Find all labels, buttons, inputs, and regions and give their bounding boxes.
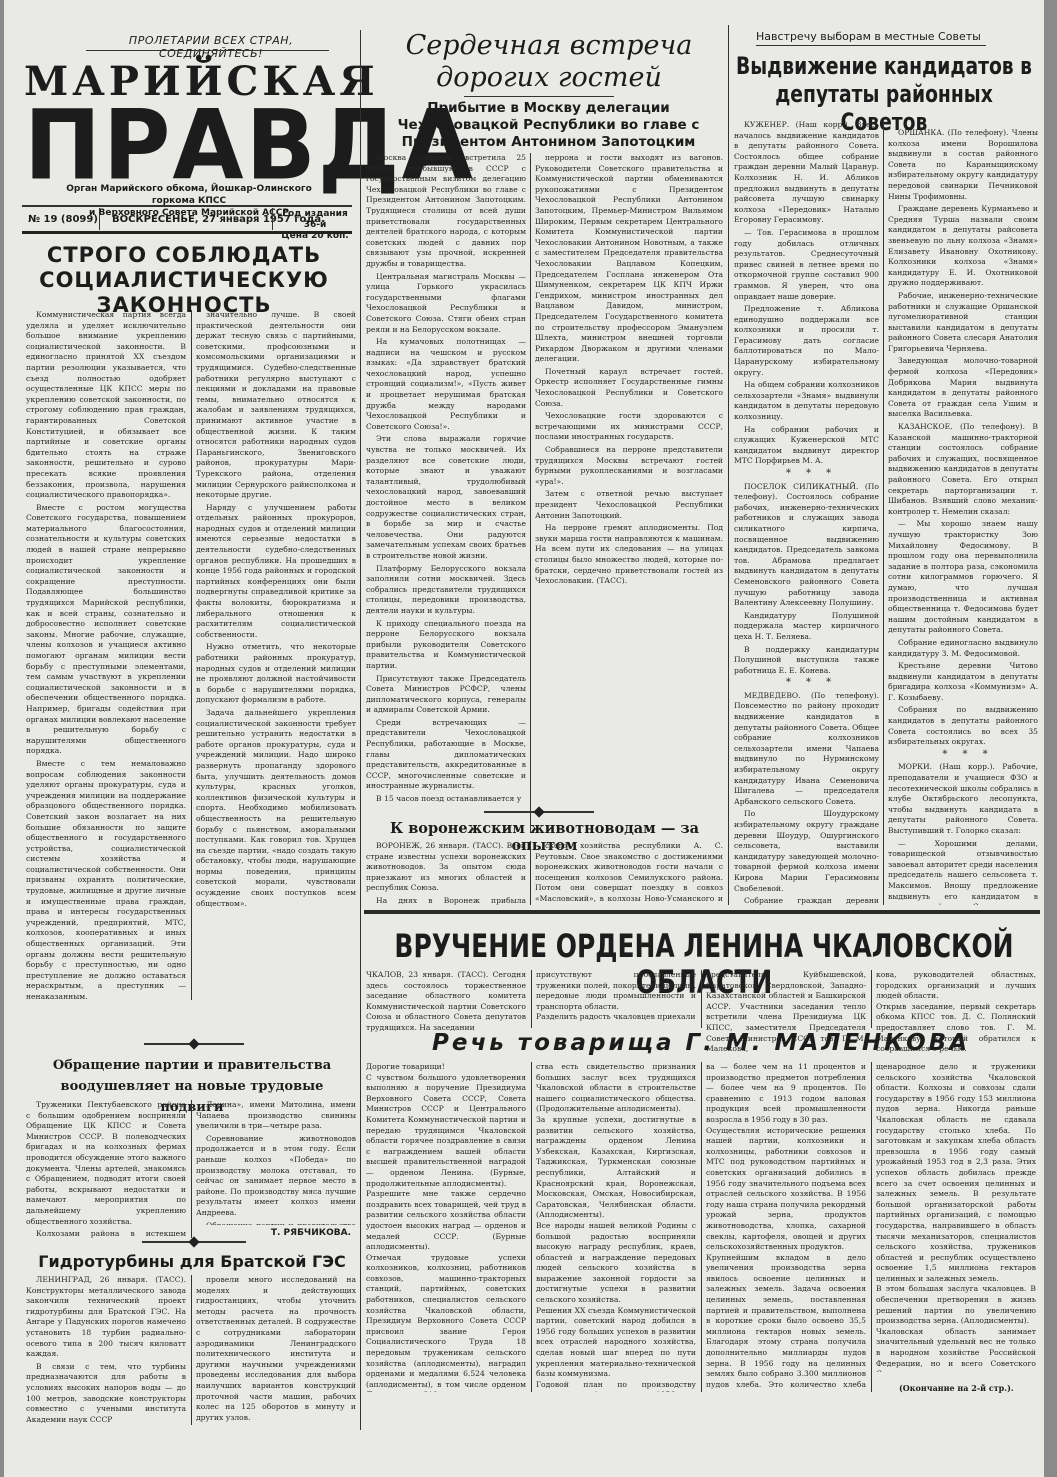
- paragraph: Москва сердечно встретила 25 января приб…: [366, 153, 526, 270]
- paragraph: Наряду с улучшением работы отдельных рай…: [196, 503, 356, 641]
- issue-number: № 19 (8099): [28, 214, 98, 225]
- paragraph: Центральная магистраль Москвы — улица Го…: [366, 272, 526, 336]
- paragraph: На собрании рабочих и служащих Куженерск…: [734, 425, 879, 467]
- editorial-column-1: Коммунистическая партия всегда уделяла и…: [26, 310, 186, 1000]
- paragraph: В 15 часов поезд останавливается у: [366, 794, 526, 805]
- paragraph: Вместе с ростом могущества Советского го…: [26, 503, 186, 757]
- order-columns: ЧКАЛОВ, 23 января. (ТАСС). Сегодня здесь…: [366, 970, 1036, 1030]
- column-divider: [531, 1062, 532, 1392]
- appeal-column-1: Труженики Пектубаевского района с больши…: [26, 1100, 186, 1238]
- section-divider: [360, 30, 361, 1430]
- section-dots: * * *: [888, 750, 1038, 761]
- paragraph: По Шоудурскому избирательному округу гра…: [734, 809, 879, 894]
- paragraph: Затем с ответной речью выступает президе…: [535, 489, 723, 521]
- section-divider: [728, 25, 729, 905]
- title-underline: [464, 96, 614, 97]
- paragraph: Ленина», имени Митолина, имени Чапаева п…: [196, 1100, 356, 1132]
- paragraph: провели много исследований на моделях и …: [196, 1275, 356, 1423]
- paragraph: Эти слова выражали горячие чувства не то…: [366, 434, 526, 561]
- paragraph: В связи с тем, что турбины предназначают…: [26, 1362, 186, 1425]
- section-dots: * * *: [734, 469, 879, 480]
- info-divider: [99, 208, 100, 230]
- delegation-subtitle: Прибытие в Москву делегации Чехословацко…: [376, 100, 721, 151]
- column-divider: [191, 1275, 192, 1425]
- paragraph: Платформу Белорусского вокзала заполнили…: [366, 564, 526, 617]
- order-column-1: ЧКАЛОВ, 23 января. (ТАСС). Сегодня здесь…: [366, 970, 526, 1034]
- paragraph: Коммунистическая партия всегда уделяла и…: [26, 310, 186, 501]
- elections-column-1: КУЖЕНЕР. (Наш корр.). Здесь началось выд…: [734, 120, 879, 905]
- masthead-slogan: ПРОЛЕТАРИИ ВСЕХ СТРАН, СОЕДИНЯЙТЕСЬ!: [86, 34, 336, 60]
- voronezh-column-1: ВОРОНЕЖ, 26 января. (ТАСС). Всей стране …: [366, 841, 526, 905]
- slogan-underline: [86, 50, 329, 51]
- column-divider: [530, 153, 531, 833]
- paragraph: Задача дальнейшего укрепления социалисти…: [196, 708, 356, 909]
- paragraph: На кумачовых полотнищах — надписи на чеш…: [366, 337, 526, 432]
- publication-year: Год издания 36-й: [279, 209, 351, 231]
- ornament-divider: [142, 1241, 246, 1243]
- speech-column-1: Дорогие товарищи! С чувством большого уд…: [366, 1062, 526, 1392]
- paragraph: Собрание граждан деревни Малые Лильтылы …: [734, 896, 879, 905]
- speech-column-2: ства есть свидетельство признания больши…: [536, 1062, 696, 1392]
- paragraph: Собрания по выдвижению кандидатов в депу…: [888, 705, 1038, 747]
- column-divider: [883, 120, 884, 905]
- paragraph: Граждане деревень Курманьево и Средняя Т…: [888, 204, 1038, 289]
- masthead-rule-bottom: [22, 231, 352, 234]
- appeal-signature: Т. РЯБЧИКОВА.: [196, 1228, 351, 1238]
- paragraph: значительно лучше. В своей практической …: [196, 310, 356, 501]
- paragraph: Труженики Пектубаевского района с больши…: [26, 1100, 186, 1227]
- column-divider: [871, 970, 872, 1028]
- speech-column-3: ва — более чем на 11 процентов и произво…: [706, 1062, 866, 1392]
- organ-line1: Орган Марийского обкома, Йошкар-Олинског…: [44, 183, 334, 207]
- paragraph: Кандидатуру Полушиной поддержала мастер …: [734, 611, 879, 643]
- voronezh-column-2: ского хозяйства республики А. С. Реутовы…: [535, 841, 723, 905]
- section-dots: * * *: [734, 678, 879, 689]
- masthead-title-line2: ПРАВДА: [24, 98, 344, 195]
- issue-year-price: Год издания 36-й Цена 20 коп.: [279, 209, 351, 242]
- delegation-column-2: перрона и гости выходят из вагонов. Руко…: [535, 153, 723, 833]
- paragraph: Предложение т. Абликова единодушно подде…: [734, 304, 879, 378]
- paragraph: ОРШАНКА. (По телефону). Члены колхоза им…: [888, 128, 1038, 202]
- section-rule: [364, 910, 1040, 914]
- paragraph: К приходу специального поезда на перроне…: [366, 619, 526, 672]
- column-divider: [701, 970, 702, 1028]
- turbines-column-1: ЛЕНИНГРАД, 26 января. (ТАСС). Конструкто…: [26, 1275, 186, 1425]
- column-divider: [530, 841, 531, 905]
- newspaper-page: ПРОЛЕТАРИИ ВСЕХ СТРАН, СОЕДИНЯЙТЕСЬ! МАР…: [4, 0, 1044, 1477]
- paragraph: Почетный караул встречает гостей. Оркест…: [535, 367, 723, 409]
- editorial-title: СТРОГО СОБЛЮДАТЬ СОЦИАЛИСТИЧЕСКУЮ ЗАКОНН…: [34, 243, 334, 318]
- ornament-divider: [484, 811, 594, 813]
- paragraph: Вместе с тем немаловажно вопросам соблюд…: [26, 759, 186, 1000]
- speech-columns: Дорогие товарищи! С чувством большого уд…: [366, 1062, 1036, 1392]
- turbines-column-2: провели много исследований на моделях и …: [196, 1275, 356, 1425]
- paragraph: Среди встречающих — представители Чехосл…: [366, 718, 526, 792]
- paragraph: МОРКИ. (Наш корр.). Рабочие, преподавате…: [888, 762, 1038, 836]
- paragraph: ВОРОНЕЖ, 26 января. (ТАСС). Всей стране …: [366, 841, 526, 894]
- speech-column-4: щенародное дело и труженики сельского хо…: [876, 1062, 1036, 1372]
- appeal-column-2: Ленина», имени Митолина, имени Чапаева п…: [196, 1100, 356, 1225]
- paragraph: Соревнование животноводов продолжается и…: [196, 1134, 356, 1219]
- column-divider: [531, 970, 532, 1028]
- order-column-2: присутствуют прославленные труженики пол…: [536, 970, 696, 1023]
- paragraph: Колхозами района в истекшем хозяйственно…: [26, 1229, 186, 1238]
- paragraph: КУЖЕНЕР. (Наш корр.). Здесь началось выд…: [734, 120, 879, 226]
- paragraph: — Тов. Герасимова в прошлом году добилас…: [734, 228, 879, 302]
- column-divider: [871, 1062, 872, 1392]
- editorial-column-2: значительно лучше. В своей практической …: [196, 310, 356, 1000]
- paragraph: На днях в Воронеж прибыла большая группа…: [366, 896, 526, 905]
- paragraph: — Мы хорошо знаем нашу лучшую тракторист…: [888, 519, 1038, 636]
- continuation-note: (Окончание на 2-й стр.).: [899, 1383, 1014, 1393]
- column-divider: [191, 310, 192, 1000]
- info-divider: [272, 208, 273, 230]
- paragraph: МЕДВЕДЕВО. (По телефону). Повсеместно по…: [734, 691, 879, 808]
- paragraph: ского хозяйства республики А. С. Реутовы…: [535, 841, 723, 905]
- paragraph: Нужно отметить, что некоторые работники …: [196, 642, 356, 706]
- paragraph: КАЗАНСКОЕ. (По телефону). В Казанской ма…: [888, 422, 1038, 517]
- ornament-divider: [144, 1043, 244, 1045]
- paragraph: Чехословацкие гости здороваются с встреч…: [535, 411, 723, 443]
- paragraph: Рабочие, инженерно-технические работники…: [888, 291, 1038, 355]
- paragraph: Заведующая молочно-товарной фермой колхо…: [888, 356, 1038, 420]
- paragraph: Собрание единогласно выдвинуло кандидату…: [888, 638, 1038, 659]
- delegation-title: Сердечная встреча дорогих гостей: [374, 30, 724, 94]
- paragraph: На общем собрании колхозников сельхозарт…: [734, 380, 879, 422]
- speech-title: Речь товарища Г. М. МАЛЕНКОВА: [366, 1030, 1036, 1056]
- delegation-column-1: Москва сердечно встретила 25 января приб…: [366, 153, 526, 833]
- paragraph: Присутствуют также Председатель Совета М…: [366, 674, 526, 716]
- turbines-title: Гидротурбины для Братской ГЭС: [28, 1252, 356, 1271]
- paragraph: перрона и гости выходят из вагонов. Руко…: [535, 153, 723, 365]
- column-divider: [701, 1062, 702, 1392]
- elections-rubric: Навстречу выборам в местные Советы: [756, 30, 986, 46]
- paragraph: Крестьяне деревни Читово выдвинули канди…: [888, 661, 1038, 703]
- paragraph: Обращение партии и правительства воодуше…: [196, 1221, 356, 1225]
- paragraph: ПОСЕЛОК СИЛИКАТНЫЙ. (По телефону). Состо…: [734, 482, 879, 609]
- paragraph: ЛЕНИНГРАД, 26 января. (ТАСС). Конструкто…: [26, 1275, 186, 1360]
- paragraph: — Хорошими делами, товарищеской отзывчив…: [888, 839, 1038, 905]
- paragraph: Собравшиеся на перроне представители тру…: [535, 445, 723, 487]
- masthead-rule-top: [22, 205, 352, 207]
- paragraph: В поддержку кандидатуры Полушиной выступ…: [734, 645, 879, 677]
- paragraph: На перроне гремят аплодисменты. Под звук…: [535, 523, 723, 587]
- column-divider: [191, 1100, 192, 1238]
- elections-column-2: ОРШАНКА. (По телефону). Члены колхоза им…: [888, 128, 1038, 905]
